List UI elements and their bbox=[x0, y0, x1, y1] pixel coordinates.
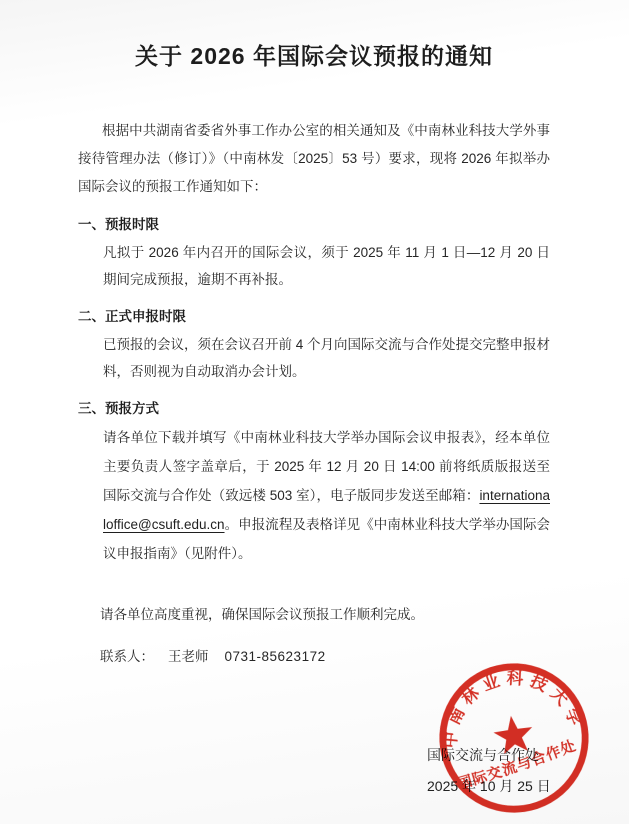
section-2-heading: 二、正式申报时限 bbox=[78, 303, 550, 331]
section-preregistration-deadline: 一、预报时限 凡拟于 2026 年内召开的国际会议，须于 2025 年 11 月… bbox=[78, 211, 550, 293]
document-body: 关于 2026 年国际会议预报的通知 根据中共湖南省委省外事工作办公室的相关通知… bbox=[0, 0, 629, 670]
contact-label: 联系人： bbox=[100, 649, 154, 664]
intro-paragraph: 根据中共湖南省委省外事工作办公室的相关通知及《中南林业科技大学外事接待管理办法（… bbox=[78, 117, 550, 201]
contact-name: 王老师 bbox=[168, 649, 209, 664]
signature-department: 国际交流与合作处 bbox=[427, 740, 551, 771]
section-1-body: 凡拟于 2026 年内召开的国际会议，须于 2025 年 11 月 1 日—12… bbox=[103, 239, 550, 293]
section-preregistration-method: 三、预报方式 请各单位下载并填写《中南林业科技大学举办国际会议申报表》，经本单位… bbox=[78, 395, 550, 568]
notice-document-page: 关于 2026 年国际会议预报的通知 根据中共湖南省委省外事工作办公室的相关通知… bbox=[0, 0, 629, 824]
contact-line: 联系人：王老师0731-85623172 bbox=[78, 643, 550, 670]
seal-university-text: 中南林业科技大学 bbox=[430, 657, 589, 751]
signature-date: 2025 年 10 月 25 日 bbox=[427, 771, 551, 802]
section-2-body: 已预报的会议，须在会议召开前 4 个月向国际交流与合作处提交完整申报材料，否则视… bbox=[103, 331, 550, 385]
document-title: 关于 2026 年国际会议预报的通知 bbox=[78, 0, 550, 71]
signature-block: 国际交流与合作处 2025 年 10 月 25 日 bbox=[427, 740, 551, 802]
contact-phone: 0731-85623172 bbox=[225, 649, 326, 664]
section-3-heading: 三、预报方式 bbox=[78, 395, 550, 423]
section-3-body: 请各单位下载并填写《中南林业科技大学举办国际会议申报表》，经本单位主要负责人签字… bbox=[103, 423, 550, 568]
closing-paragraph: 请各单位高度重视，确保国际会议预报工作顺利完成。 bbox=[78, 601, 550, 628]
section-1-heading: 一、预报时限 bbox=[78, 211, 550, 239]
section-formal-application-deadline: 二、正式申报时限 已预报的会议，须在会议召开前 4 个月向国际交流与合作处提交完… bbox=[78, 303, 550, 385]
